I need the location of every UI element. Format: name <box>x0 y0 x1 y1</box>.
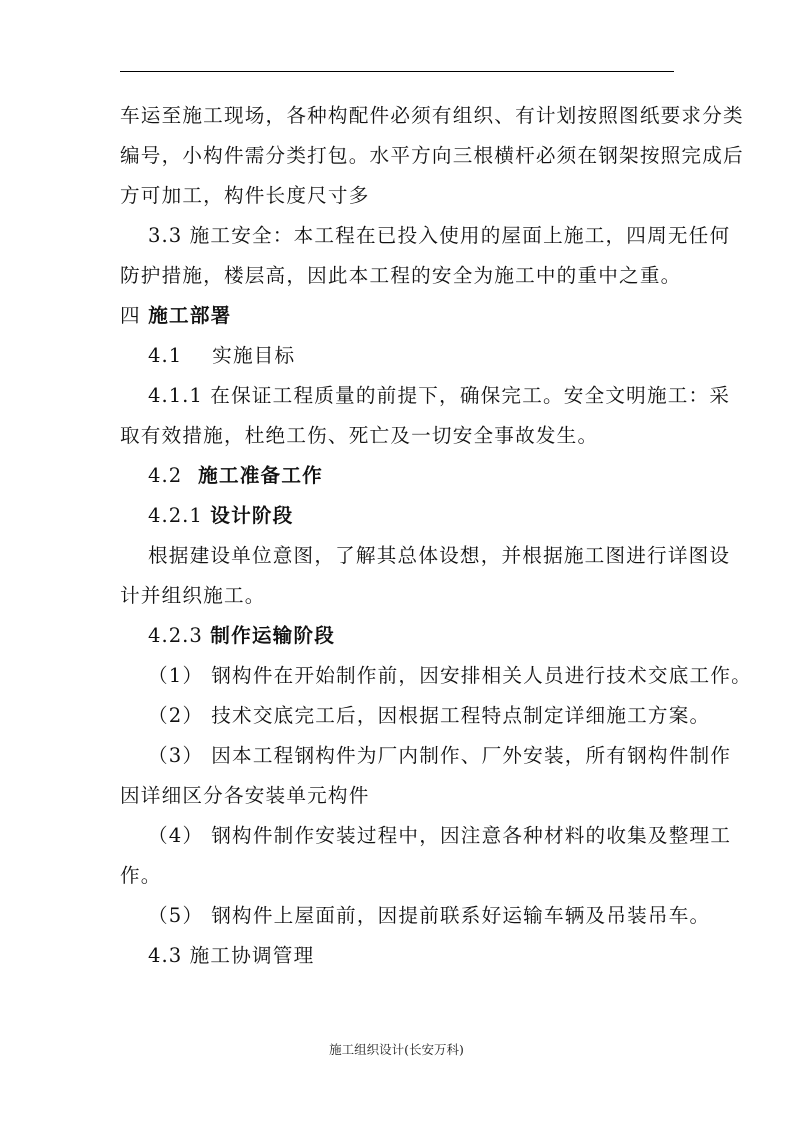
section-number: 4.2.3 <box>148 624 203 647</box>
line-text: 钢构件制作安装过程中，因注意各种材料的收集及整理工 <box>211 824 731 847</box>
line-text: 取有效措施，杜绝工伤、死亡及一切安全事故发生。 <box>120 424 598 447</box>
paragraph-line: 取有效措施，杜绝工伤、死亡及一切安全事故发生。 <box>120 416 674 456</box>
section-title: 实施目标 <box>212 344 295 367</box>
section-3-3-safety: 3.3 施工安全：本工程在已投入使用的屋面上施工，四周无任何 <box>120 216 674 256</box>
heading-4-3: 4.3 施工协调管理 <box>120 936 674 976</box>
section-number: 4.1.1 <box>148 384 203 407</box>
line-text: 因详细区分各安装单元构件 <box>120 784 370 807</box>
line-text: 技术交底完工后，因根据工程特点制定详细施工方案。 <box>211 704 710 727</box>
footer-text: 施工组织设计(长安万科) <box>329 1042 464 1057</box>
line-text: 车运至施工现场，各种构配件必须有组织、有计划按照图纸要求分类 <box>120 104 744 127</box>
heading-4-1: 4.1实施目标 <box>120 336 674 376</box>
paragraph-line: 计并组织施工。 <box>120 576 674 616</box>
list-item-4: （4）钢构件制作安装过程中，因注意各种材料的收集及整理工 <box>120 816 674 856</box>
line-text: 作。 <box>120 864 162 887</box>
document-body: 车运至施工现场，各种构配件必须有组织、有计划按照图纸要求分类 编号，小构件需分类… <box>120 96 674 976</box>
line-text: 钢构件在开始制作前，因安排相关人员进行技术交底工作。 <box>211 664 752 687</box>
paragraph-line: 编号，小构件需分类打包。水平方向三根横杆必须在钢架按照完成后 <box>120 136 674 176</box>
section-4-1-1: 4.1.1 在保证工程质量的前提下，确保完工。安全文明施工：采 <box>120 376 674 416</box>
line-text: 钢构件上屋面前，因提前联系好运输车辆及吊装吊车。 <box>211 904 710 927</box>
paragraph-line: 作。 <box>120 856 674 896</box>
section-title: 施工准备工作 <box>198 464 323 487</box>
list-item-2: （2）技术交底完工后，因根据工程特点制定详细施工方案。 <box>120 696 674 736</box>
section-title: 施工协调管理 <box>190 944 315 967</box>
paragraph-line: 防护措施，楼层高，因此本工程的安全为施工中的重中之重。 <box>120 256 674 296</box>
section-number: 3.3 <box>148 224 182 247</box>
list-marker: （2） <box>148 704 203 727</box>
line-text: 因本工程钢构件为厂内制作、厂外安装，所有钢构件制作 <box>211 744 731 767</box>
list-item-5: （5）钢构件上屋面前，因提前联系好运输车辆及吊装吊车。 <box>120 896 674 936</box>
line-text: 方可加工，构件长度尺寸多 <box>120 184 370 207</box>
list-marker: （5） <box>148 904 203 927</box>
page-footer: 施工组织设计(长安万科) <box>0 1040 793 1058</box>
line-text: 在保证工程质量的前提下，确保完工。安全文明施工：采 <box>210 384 730 407</box>
paragraph-line: 根据建设单位意图，了解其总体设想，并根据施工图进行详图设 <box>120 536 674 576</box>
paragraph-line: 因详细区分各安装单元构件 <box>120 776 674 816</box>
paragraph-line: 车运至施工现场，各种构配件必须有组织、有计划按照图纸要求分类 <box>120 96 674 136</box>
line-text: 计并组织施工。 <box>120 584 266 607</box>
list-item-1: （1）钢构件在开始制作前，因安排相关人员进行技术交底工作。 <box>120 656 674 696</box>
section-title: 设计阶段 <box>210 504 293 527</box>
section-title: 制作运输阶段 <box>210 624 335 647</box>
heading-4-2-3: 4.2.3 制作运输阶段 <box>120 616 674 656</box>
list-marker: （3） <box>148 744 203 767</box>
section-number: 4.3 <box>148 944 182 967</box>
list-marker: （1） <box>148 664 203 687</box>
list-marker: （4） <box>148 824 203 847</box>
section-number: 4.2.1 <box>148 504 203 527</box>
line-text: 编号，小构件需分类打包。水平方向三根横杆必须在钢架按照完成后 <box>120 144 744 167</box>
heading-4-2: 4.2施工准备工作 <box>120 456 674 496</box>
line-text: 防护措施，楼层高，因此本工程的安全为施工中的重中之重。 <box>120 264 681 287</box>
section-number: 4.2 <box>148 464 182 487</box>
chapter-number: 四 <box>120 304 141 327</box>
line-text: 根据建设单位意图，了解其总体设想，并根据施工图进行详图设 <box>148 544 730 567</box>
chapter-title: 施工部署 <box>148 304 231 327</box>
paragraph-line: 方可加工，构件长度尺寸多 <box>120 176 674 216</box>
heading-chapter-4: 四 施工部署 <box>120 296 674 336</box>
heading-4-2-1: 4.2.1 设计阶段 <box>120 496 674 536</box>
section-number: 4.1 <box>148 344 182 367</box>
list-item-3: （3）因本工程钢构件为厂内制作、厂外安装，所有钢构件制作 <box>120 736 674 776</box>
header-rule <box>120 71 674 72</box>
line-text: 施工安全：本工程在已投入使用的屋面上施工，四周无任何 <box>190 224 731 247</box>
